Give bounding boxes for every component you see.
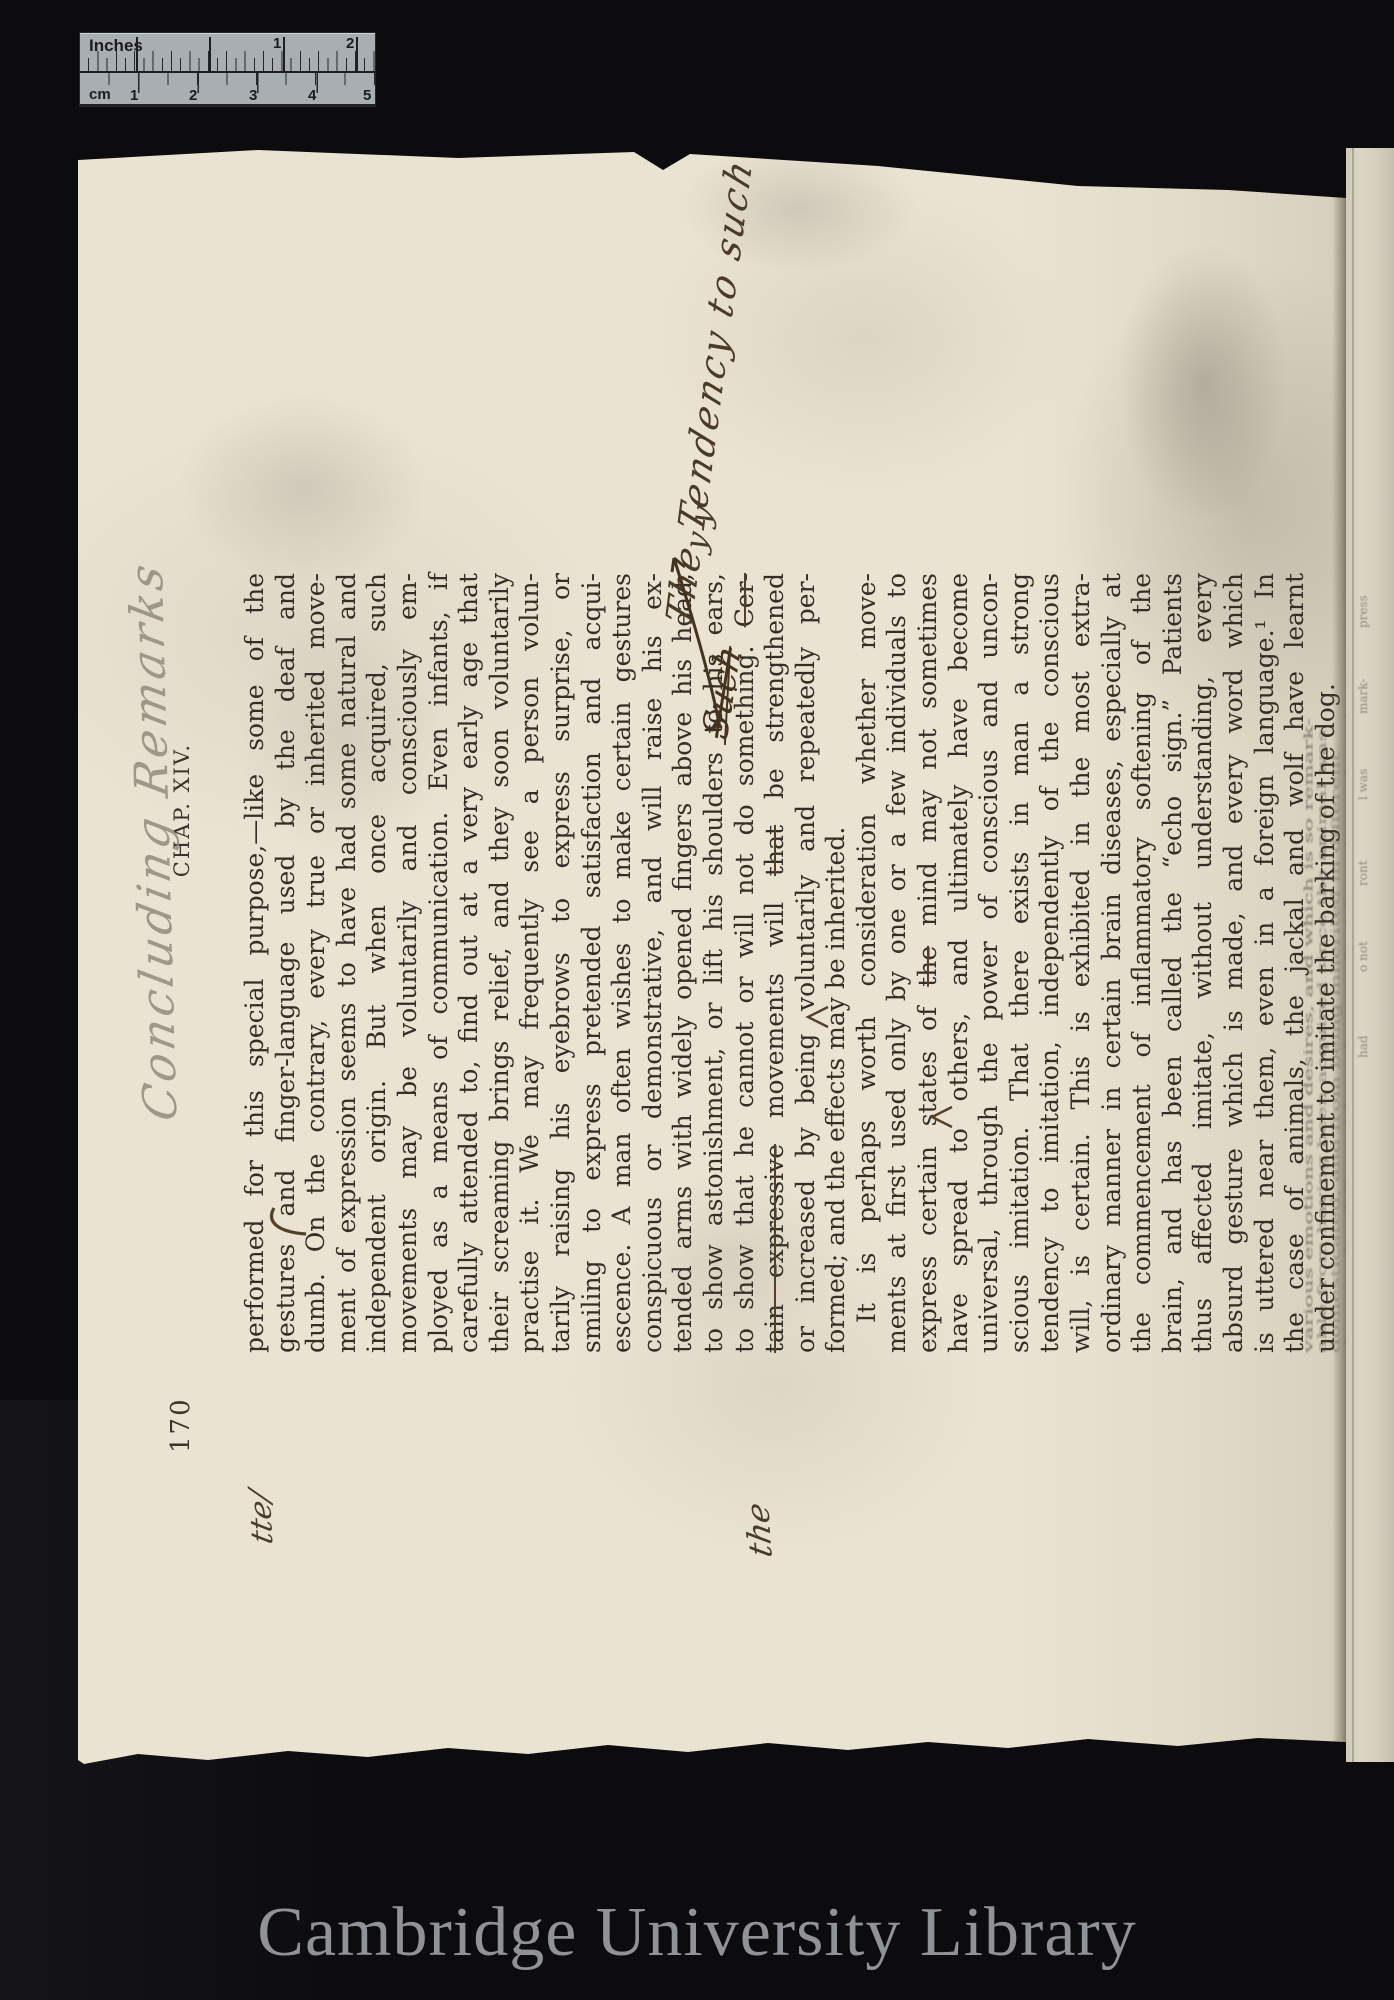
printed-line: tarily raising his eyebrows to express s…	[546, 573, 577, 1353]
printed-line: practise it. We may frequently see a per…	[515, 573, 546, 1353]
edge-text-fragment: o not	[1356, 941, 1370, 972]
measurement-ruler: Inches cm 1 2 1 2 3 4 5	[80, 33, 375, 106]
margin-note-mid: the	[738, 1500, 780, 1560]
ruler-cm-number: 4	[308, 87, 316, 104]
curled-line: various emotions and desires, and which …	[1302, 553, 1316, 1353]
manuscript-sheet: 170 CHAP. XIV. Concluding Remarks perfor…	[78, 142, 1346, 1778]
cm-tick-scale	[80, 73, 375, 93]
page-number: 170	[166, 1397, 196, 1453]
inch-tick-major	[356, 37, 358, 71]
smudge-mark	[238, 612, 448, 862]
printed-line: will, is certain. This is exhibited in t…	[1066, 573, 1097, 1353]
caret-mark-icon	[264, 1204, 308, 1238]
edge-text-fragment: had	[1356, 1035, 1370, 1058]
printed-line: thus affected imitate, without understan…	[1188, 573, 1219, 1353]
smudge-mark	[1118, 242, 1288, 522]
printed-line: have spread to others, and ultimately ha…	[944, 573, 975, 1353]
deletion-arrow-icon	[658, 536, 728, 736]
inch-tick-major	[209, 37, 211, 71]
printed-line: carefully attended to, find out at a ver…	[454, 573, 485, 1353]
ruler-inch-number: 1	[273, 35, 281, 52]
margin-note-top: tte/	[243, 1487, 281, 1546]
printed-line: It is perhaps worth consideration whethe…	[852, 573, 883, 1353]
inch-tick-major	[283, 37, 285, 71]
printed-line: is uttered near them, even in a foreign …	[1250, 573, 1281, 1353]
printed-line: ments at first used only by one or a few…	[882, 573, 913, 1353]
printed-line: brain, and has been called the “echo sig…	[1158, 573, 1189, 1353]
printed-line: tendency to imitation, independently of …	[1035, 573, 1066, 1353]
ruler-cm-number: 5	[363, 87, 371, 104]
book-fore-edge: pressmark-l wasronto nothad	[1346, 148, 1394, 1762]
photo-viewer-canvas: Inches cm 1 2 1 2 3 4 5 pressmark-l wasr…	[0, 0, 1394, 2000]
page-crease	[1332, 142, 1346, 1778]
printed-line: absurd gesture which is made, and every …	[1219, 573, 1250, 1353]
printed-line: smiling to express pretended satisfactio…	[577, 573, 608, 1353]
ruler-inch-number: 2	[346, 35, 354, 52]
edge-text-fragment: mark-	[1356, 679, 1370, 714]
caret-mark-icon	[928, 1104, 954, 1130]
printed-line: express certain states of the mind may n…	[913, 573, 944, 1353]
edge-text-fragment: ront	[1356, 860, 1370, 886]
library-caption: Cambridge University Library	[0, 1893, 1394, 1973]
printed-line: the commencement of inflammatory softeni…	[1127, 573, 1158, 1353]
ruler-inches-label: Inches	[89, 36, 143, 56]
curled-line: able from having been acquired since the…	[1316, 553, 1330, 1353]
ruler-cm-number: 3	[249, 87, 257, 104]
smudge-mark	[178, 392, 428, 582]
ruler-cm-number: 2	[189, 87, 197, 104]
edge-text-fragment: press	[1356, 595, 1370, 628]
ruler-cm-number: 1	[130, 87, 138, 104]
printed-line: scious imitation. That there exists in m…	[1005, 573, 1036, 1353]
ruler-bottom-line	[80, 104, 375, 106]
printed-line: ordinary manner in certain brain disease…	[1097, 573, 1128, 1353]
edge-text-fragment: l was	[1356, 769, 1370, 800]
smudge-mark	[678, 142, 918, 272]
printed-line: their screaming brings relief, and they …	[485, 573, 516, 1353]
caret-mark-icon	[804, 1004, 830, 1030]
ruler-cm-label: cm	[89, 86, 111, 103]
fingerprint-mark	[623, 1172, 843, 1342]
printed-line: universal, through the power of consciou…	[974, 573, 1005, 1353]
pencil-title-annotation: Concluding Remarks	[119, 556, 188, 1125]
